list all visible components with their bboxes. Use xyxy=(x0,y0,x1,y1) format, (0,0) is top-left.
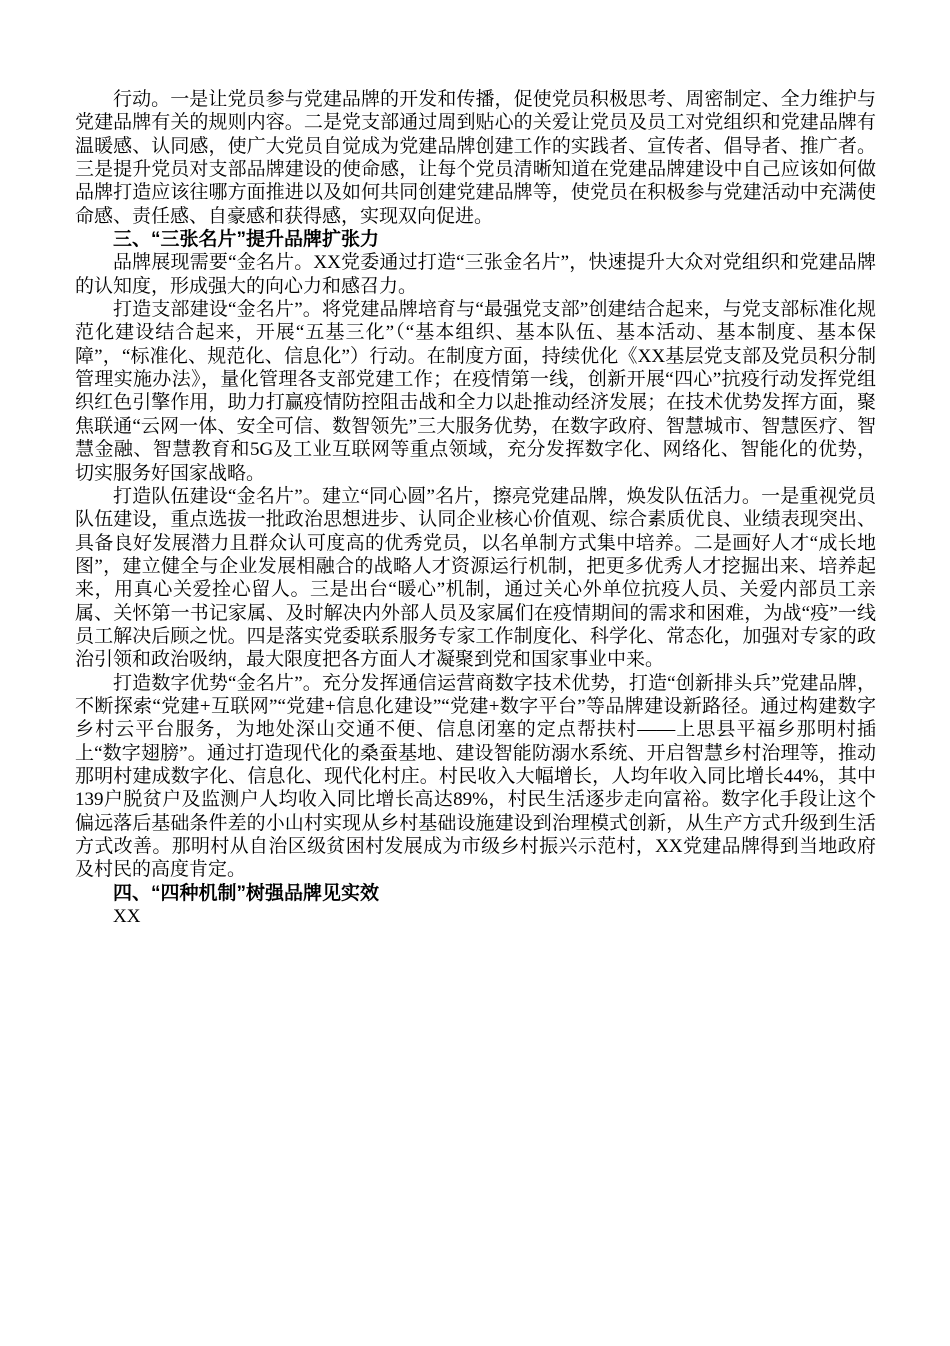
paragraph-digital-advantage-card: 打造数字优势“金名片”。充分发挥通信运营商数字技术优势，打造“创新排头兵”党建品… xyxy=(75,672,876,882)
paragraph-action-items: 行动。一是让党员参与党建品牌的开发和传播，促使党员积极思考、周密制定、全力维护与… xyxy=(75,88,876,228)
section-heading-three-cards: 三、“三张名片”提升品牌扩张力 xyxy=(75,228,876,251)
paragraph-branch-building-card: 打造支部建设“金名片”。将党建品牌培育与“最强党支部”创建结合起来，与党支部标准… xyxy=(75,298,876,485)
section-heading-four-mechanisms: 四、“四种机制”树强品牌见实效 xyxy=(75,882,876,905)
paragraph-placeholder-xx: XX xyxy=(75,905,876,928)
document-page: 行动。一是让党员参与党建品牌的开发和传播，促使党员积极思考、周密制定、全力维护与… xyxy=(0,0,950,1346)
paragraph-golden-card-intro: 品牌展现需要“金名片。XX党委通过打造“三张金名片”，快速提升大众对党组织和党建… xyxy=(75,251,876,298)
paragraph-team-building-card: 打造队伍建设“金名片”。建立“同心圆”名片，擦亮党建品牌，焕发队伍活力。一是重视… xyxy=(75,485,876,672)
